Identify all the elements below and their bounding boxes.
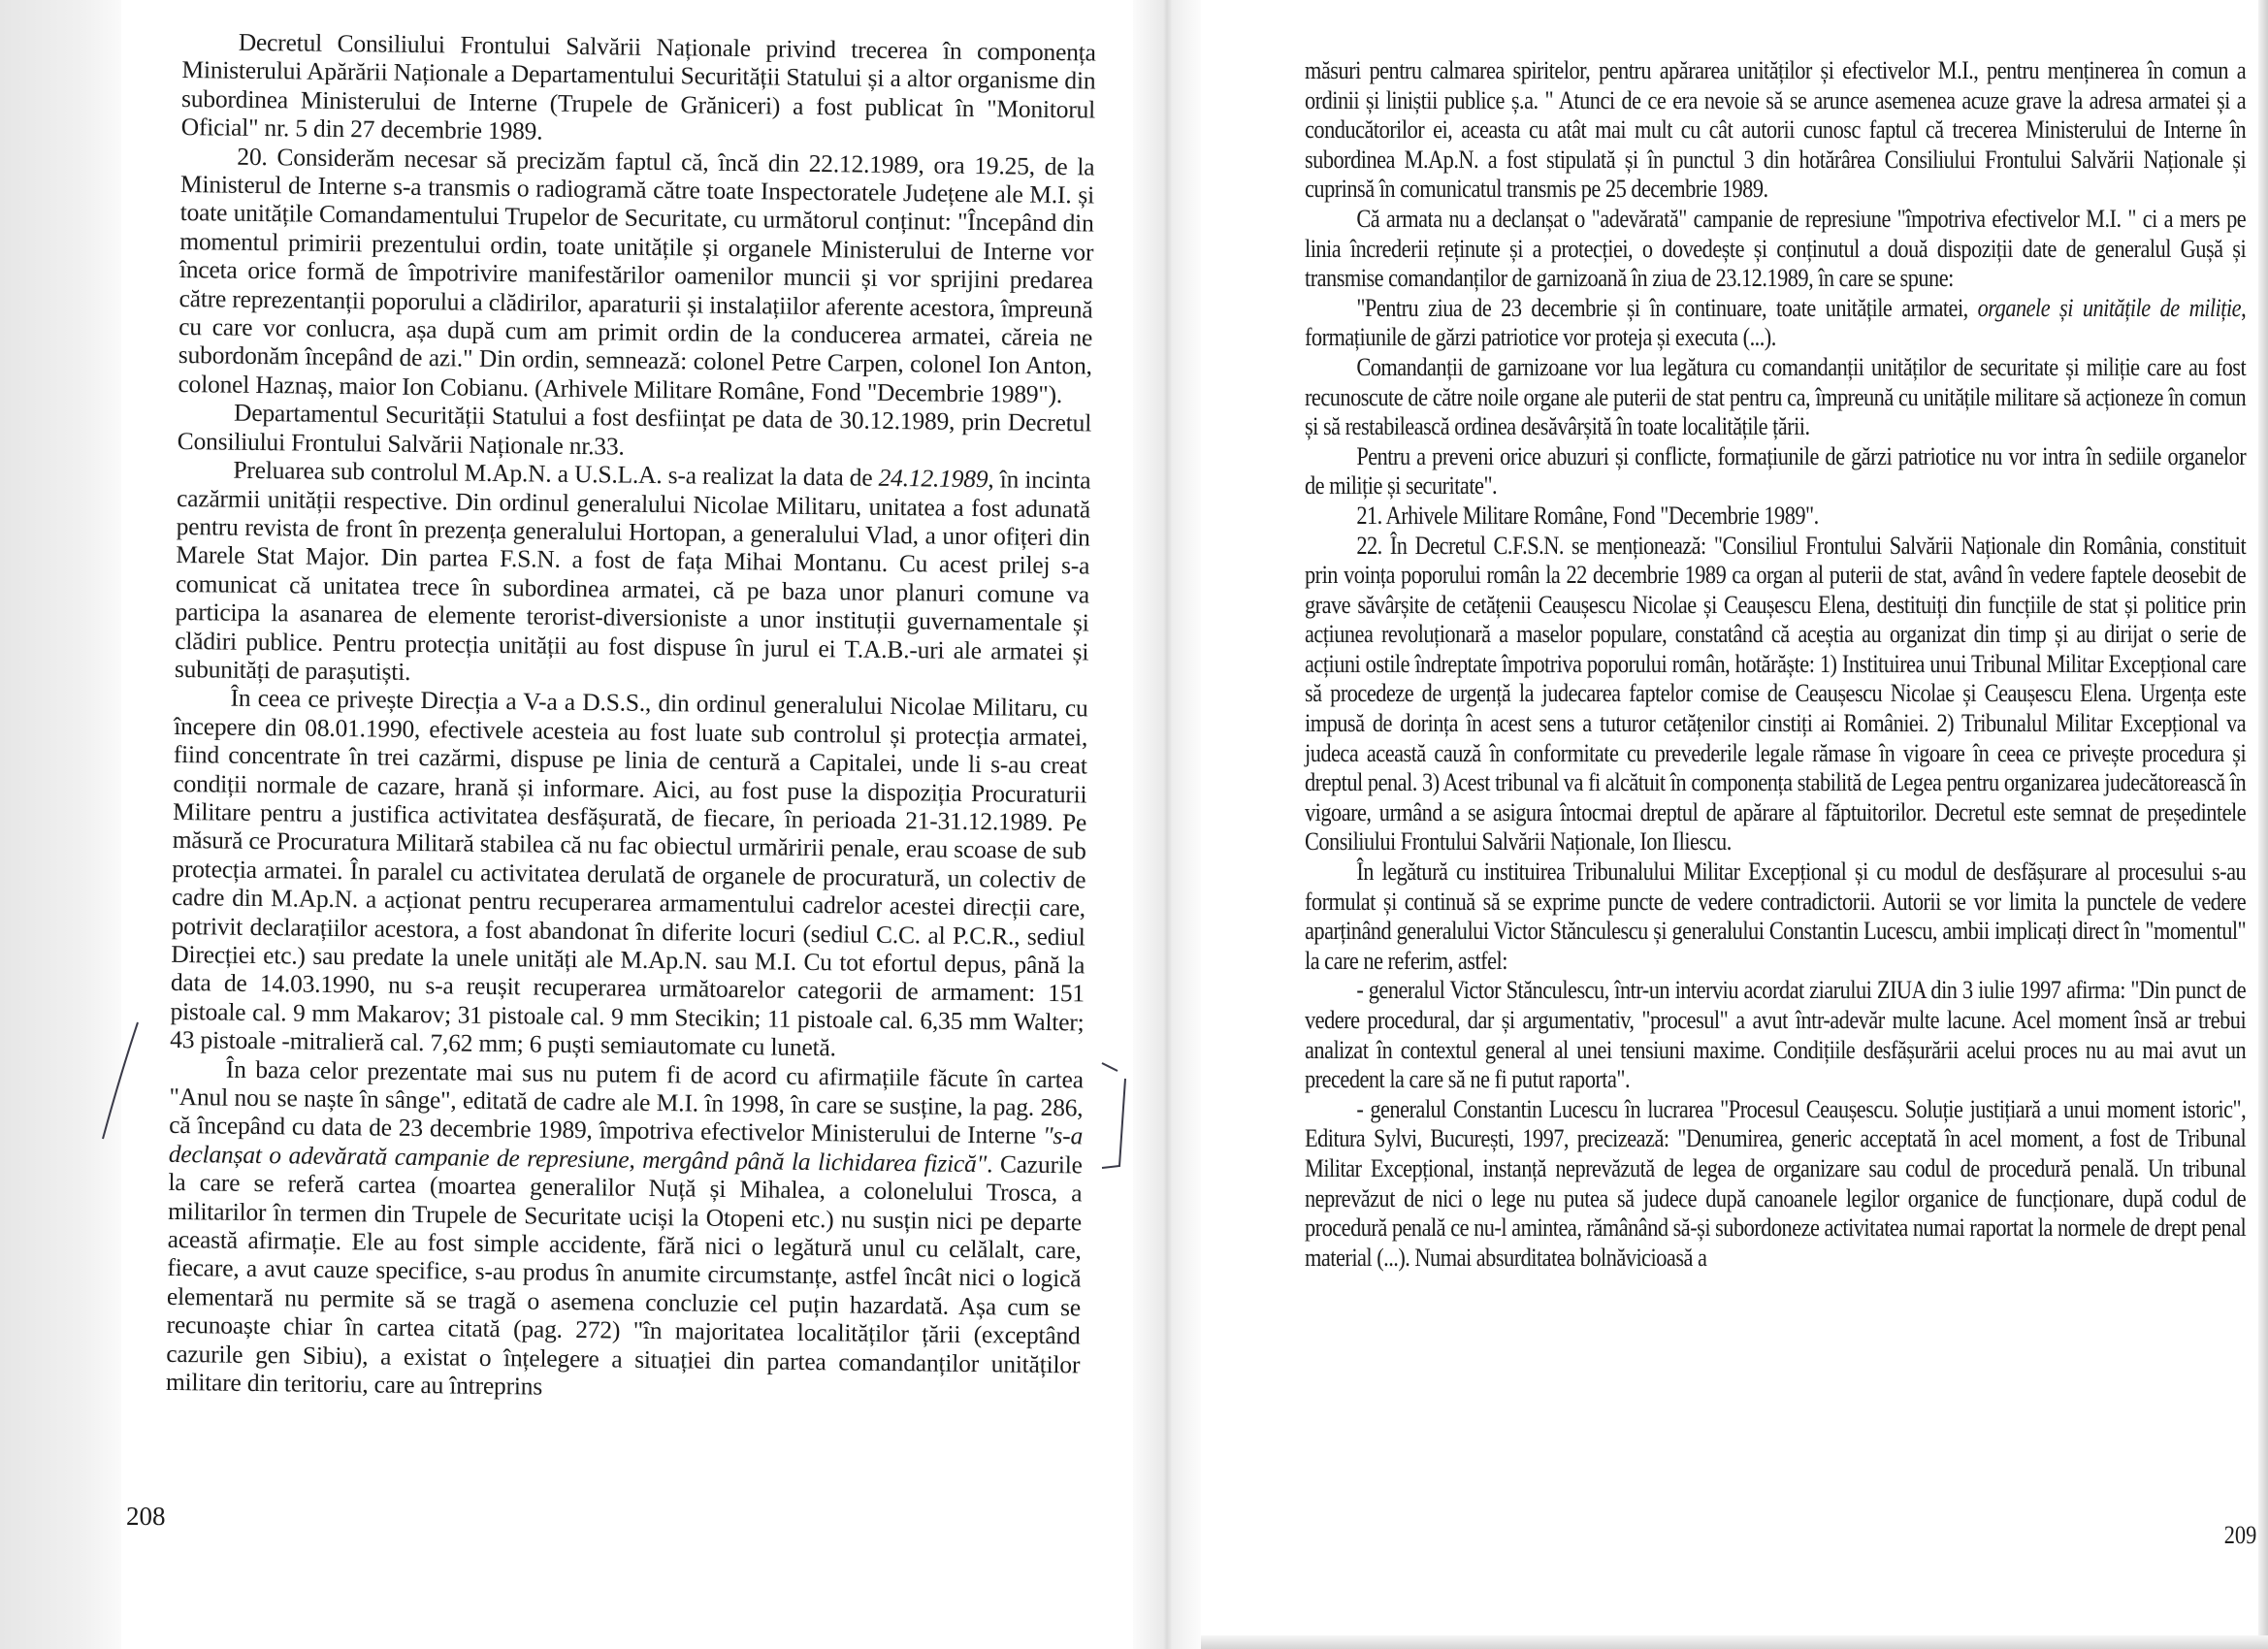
text-run: , în incinta cazărmii unității respectiv… [175, 465, 1091, 686]
quoted-paragraph: "Pentru ziua de 23 decembrie și în conti… [1305, 294, 2246, 353]
list-item-stanculescu: - generalul Victor Stănculescu, într-un … [1305, 976, 2246, 1094]
scan-margin-left [0, 0, 121, 1649]
list-item-lucescu: - generalul Constantin Lucescu în lucrar… [1305, 1095, 2246, 1274]
paragraph: măsuri pentru calmarea spiritelor, pentr… [1305, 56, 2246, 205]
italic-phrase: organele și unitățile de miliție [1978, 294, 2241, 322]
italic-date: 24.12.1989 [878, 464, 988, 493]
right-page: măsuri pentru calmarea spiritelor, pentr… [1305, 56, 2246, 1273]
paragraph: În legătură cu instituirea Tribunalului … [1305, 857, 2246, 976]
paragraph-note-20: 20. Considerăm necesar să precizăm faptu… [178, 142, 1094, 409]
scan-margin-bottom [1201, 1635, 2268, 1649]
text-run: "Pentru ziua de 23 decembrie și în conti… [1356, 294, 1977, 322]
paragraph: În ceea ce privește Direcția a V-a a D.S… [170, 683, 1088, 1065]
paragraph: În baza celor prezentate mai sus nu pute… [166, 1054, 1084, 1407]
paragraph-note-21: 21. Arhivele Militare Române, Fond "Dece… [1305, 501, 2246, 532]
quoted-paragraph: Comandanții de garnizoane vor lua legătu… [1305, 353, 2246, 442]
scan-margin-right [2258, 0, 2268, 1649]
paragraph: Că armata nu a declanșat o "adevărată" c… [1305, 205, 2246, 294]
page-number-right: 209 [2224, 1521, 2257, 1550]
margin-bracket-mark [1096, 1057, 1145, 1174]
text-run: . Cazurile la care se referă cartea (moa… [166, 1149, 1083, 1401]
left-page: Decretul Consiliului Frontului Salvării … [166, 27, 1096, 1407]
paragraph: Decretul Consiliului Frontului Salvării … [181, 27, 1096, 152]
paragraph: Preluarea sub controlul M.Ap.N. a U.S.L.… [175, 455, 1091, 695]
margin-slash-mark [97, 1018, 146, 1145]
paragraph-note-22: 22. În Decretul C.F.S.N. se menționează:… [1305, 532, 2246, 858]
page-number-left: 208 [126, 1502, 166, 1532]
quoted-paragraph: Pentru a preveni orice abuzuri și confli… [1305, 442, 2246, 501]
book-gutter [1133, 0, 1201, 1649]
text-run: În baza celor prezentate mai sus nu pute… [169, 1054, 1084, 1149]
